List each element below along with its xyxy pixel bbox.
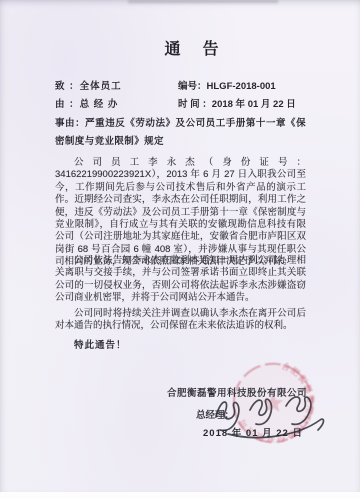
to-value: 全体员工 bbox=[80, 81, 122, 92]
from-field: 由 ：总 经 办 bbox=[55, 96, 178, 110]
date-field: 时 间 ：2018 年 01 月 22 日 bbox=[178, 96, 296, 110]
date-value: 2018 年 01 月 22 日 bbox=[212, 99, 296, 110]
body-paragraph-2: 公司依法告知李永杰在收到本通知一周内到公司办理相关离职与交接手续，并与公司签署承… bbox=[55, 255, 306, 305]
paper-sheet: 通告 致 ：全体员工 编号：HLGF-2018-001 由 ：总 经 办 时 间… bbox=[0, 0, 360, 492]
body-paragraph-3: 公司同时将持续关注并调查以确认李永杰在离开公司后对本通告的执行情况，公司保留在未… bbox=[55, 308, 306, 333]
to-label: 致 ： bbox=[55, 81, 80, 92]
from-label: 由 ： bbox=[55, 99, 80, 110]
signature-date: 2018 年 01 月 22 日 bbox=[203, 425, 303, 439]
header-row-from-date: 由 ：总 经 办 时 间 ：2018 年 01 月 22 日 bbox=[55, 96, 306, 110]
to-field: 致 ：全体员工 bbox=[55, 78, 178, 92]
scan-shadow-artifact bbox=[128, 0, 278, 5]
number-field: 编号：HLGF-2018-001 bbox=[178, 78, 276, 92]
subject-field: 事由：严重违反《劳动法》及公司员工手册第十一章《保密制度与竞业限制》规定 bbox=[55, 115, 306, 150]
scanned-notice-page: { "document": { "title": "通告", "header":… bbox=[0, 0, 360, 499]
body-paragraph-1: 公司员工李永杰（身份证号：34162219900223921X），2013 年 … bbox=[55, 157, 306, 269]
subject-value: 严重违反《劳动法》及公司员工手册第十一章《保密制度与竞业限制》规定 bbox=[55, 118, 306, 147]
from-value: 总 经 办 bbox=[80, 99, 119, 110]
date-label: 时 间 ： bbox=[178, 99, 212, 110]
scan-edge-strip bbox=[0, 492, 360, 499]
header-row-to-number: 致 ：全体员工 编号：HLGF-2018-001 bbox=[55, 78, 306, 92]
number-value: HLGF-2018-001 bbox=[207, 81, 276, 92]
closing-line: 特此通告！ bbox=[55, 337, 306, 351]
number-label: 编号： bbox=[178, 81, 207, 92]
notice-title: 通告 bbox=[55, 36, 328, 59]
subject-label: 事由： bbox=[55, 118, 85, 129]
